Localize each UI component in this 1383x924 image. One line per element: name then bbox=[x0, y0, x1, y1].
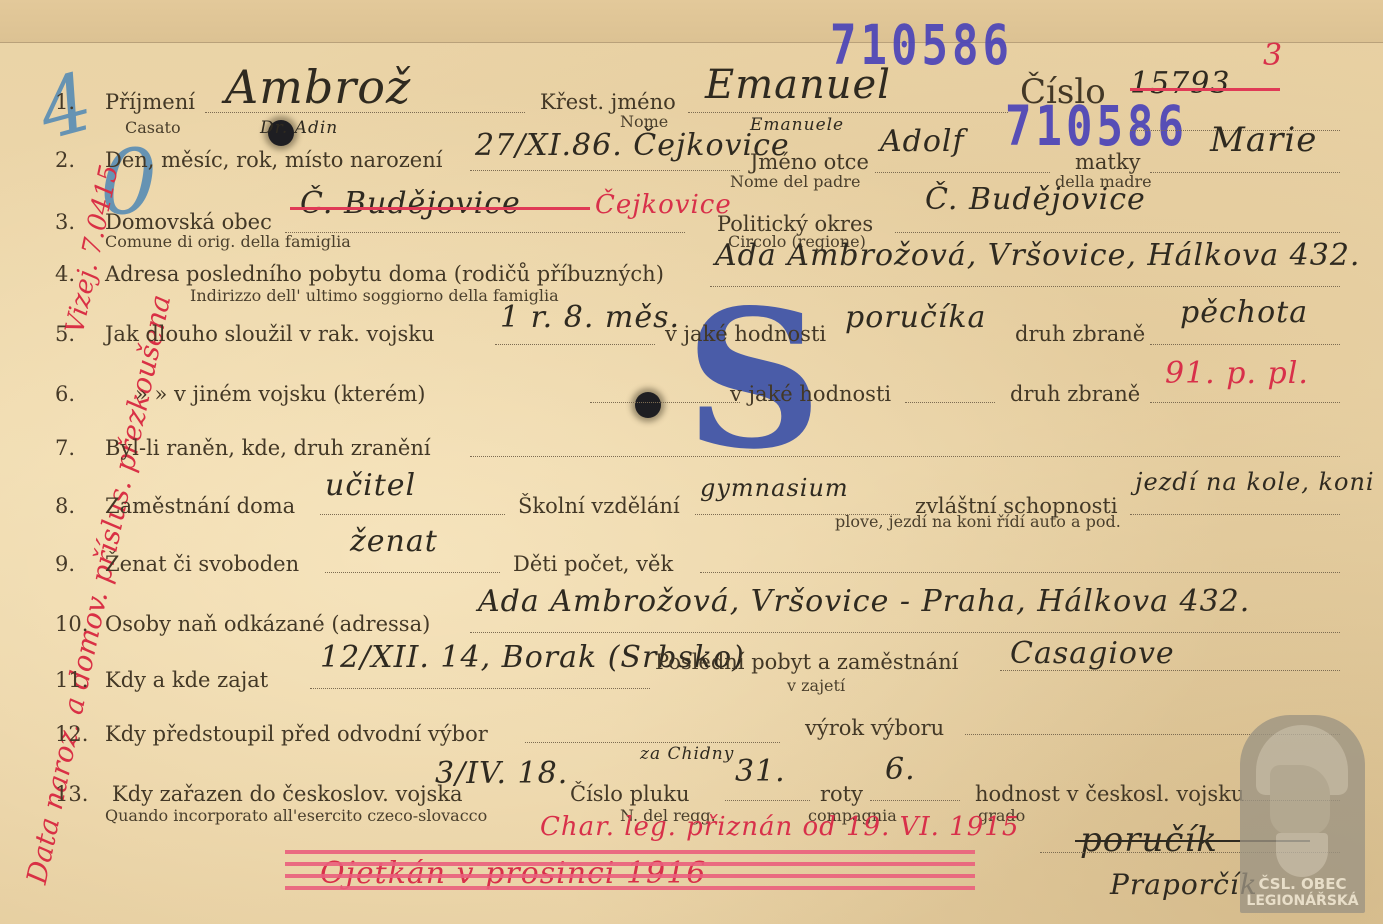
field-label-regiment: Číslo pluku bbox=[570, 782, 690, 806]
arm-value: pěchota bbox=[1180, 295, 1308, 330]
dotted-line bbox=[310, 688, 650, 689]
dotted-line bbox=[470, 632, 1340, 633]
field-sublabel: Comune di orig. della famiglia bbox=[105, 232, 351, 251]
strike-line bbox=[285, 874, 975, 878]
row-number: 7. bbox=[55, 436, 75, 460]
field-label-cs-rank: hodnost v českosl. vojsku bbox=[975, 782, 1244, 806]
regiment-value: 31. bbox=[735, 754, 786, 789]
field-label-company: roty bbox=[820, 782, 863, 806]
field-label-draft-board: Kdy předstoupil před odvodní výbor bbox=[105, 722, 488, 746]
cs-rank-value: Praporčík bbox=[1110, 868, 1258, 901]
enlisted-value: 3/IV. 18. bbox=[435, 756, 568, 791]
dotted-line bbox=[285, 232, 685, 233]
field-label-marital: Ženat či svoboden bbox=[105, 552, 299, 576]
field-sublabel: v zajetí bbox=[787, 676, 845, 695]
row-number: 11. bbox=[55, 668, 88, 692]
field-label-mother: matky bbox=[1075, 150, 1140, 174]
coat-of-arms-icon bbox=[1276, 833, 1328, 877]
special-skills-value: jezdí na kole, koni bbox=[1135, 468, 1375, 496]
dotted-line bbox=[895, 232, 1340, 233]
dotted-line bbox=[1150, 402, 1340, 403]
home-municipality-struck: Č. Budějovice bbox=[300, 186, 521, 221]
dotted-line bbox=[525, 742, 780, 743]
row-number: 9. bbox=[55, 552, 75, 576]
strike-line bbox=[285, 850, 975, 854]
field-label-occupation: Zaměstnání doma bbox=[105, 494, 295, 518]
cislo-label: Číslo bbox=[1020, 72, 1106, 112]
cislo-value-struck: 15793 bbox=[1130, 66, 1230, 101]
row-number: 13. bbox=[55, 782, 88, 806]
field-sublabel: plove, jezdí na koni řídí auto a pod. bbox=[835, 512, 1121, 531]
logo-text-line2: LEGIONÁŘSKÁ bbox=[1240, 893, 1365, 909]
row-number: 4. bbox=[55, 262, 75, 286]
dotted-line bbox=[875, 172, 1050, 173]
dotted-line bbox=[688, 112, 1008, 113]
row-number: 6. bbox=[55, 382, 75, 406]
field-label-father: Jméno otce bbox=[750, 150, 869, 174]
dotted-line bbox=[470, 170, 740, 171]
last-stay-value: Casagiove bbox=[1010, 636, 1175, 671]
field-label-home-municipality: Domovská obec bbox=[105, 210, 272, 234]
field-label-birth: Den, měsíc, rok, místo narození bbox=[105, 148, 442, 172]
field-label-rank-other: v jaké hodnosti bbox=[730, 382, 891, 406]
dotted-line bbox=[725, 800, 810, 801]
dotted-line bbox=[495, 344, 655, 345]
row-number: 1. bbox=[55, 90, 75, 114]
dotted-line bbox=[1150, 172, 1340, 173]
field-label-rank: v jaké hodnosti bbox=[665, 322, 826, 346]
field-sublabel: Quando incorporato all'esercito czeco-sl… bbox=[105, 806, 487, 825]
field-label-arm-other: druh zbraně bbox=[1010, 382, 1140, 406]
field-sublabel: Nome del padre bbox=[730, 172, 860, 191]
card-top-band bbox=[0, 0, 1383, 43]
mother-value: Marie bbox=[1210, 120, 1317, 160]
strike-line bbox=[285, 862, 975, 866]
dotted-line bbox=[905, 402, 995, 403]
legion-logo: ČSL. OBEC LEGIONÁŘSKÁ bbox=[1240, 715, 1365, 913]
last-address-value: Ada Ambrožová, Vršovice, Hálkova 432. bbox=[715, 238, 1360, 273]
row-number: 5. bbox=[55, 322, 75, 346]
row-number: 12. bbox=[55, 722, 88, 746]
dotted-line bbox=[1130, 514, 1340, 515]
strike-line bbox=[285, 886, 975, 890]
field-label-other-army: » » v jiném vojsku (kterém) bbox=[135, 382, 425, 406]
stamp-letter-s: S bbox=[685, 285, 822, 475]
home-municipality-red: Čejkovice bbox=[595, 190, 732, 220]
field-label-enlisted: Kdy zařazen do českoslov. vojska bbox=[112, 782, 463, 806]
dotted-line bbox=[1000, 670, 1340, 671]
field-label-board-verdict: výrok výboru bbox=[805, 716, 944, 740]
district-value: Č. Budějovice bbox=[925, 182, 1146, 217]
field-label-arm: druh zbraně bbox=[1015, 322, 1145, 346]
field-label-children: Děti počet, věk bbox=[513, 552, 673, 576]
field-label-dependents: Osoby naň odkázané (adressa) bbox=[105, 612, 430, 636]
rank-value: poručíka bbox=[845, 300, 986, 335]
service-length-value: 1 r. 8. měs. bbox=[500, 300, 680, 335]
dotted-line bbox=[470, 456, 1340, 457]
first-name-value: Emanuel bbox=[705, 62, 891, 108]
surname-value: Ambrož bbox=[225, 60, 411, 114]
field-label-education: Školní vzdělání bbox=[518, 494, 680, 518]
dotted-line bbox=[1150, 344, 1340, 345]
registration-card: 4 0 Data naroz. a domov. příslus. přezko… bbox=[0, 0, 1383, 924]
logo-text-line1: ČSL. OBEC bbox=[1240, 875, 1365, 893]
field-label-surname: Příjmení bbox=[105, 90, 195, 114]
row-number: 10. bbox=[55, 612, 88, 636]
field-label-last-address: Adresa posledního pobytu doma (rodičů př… bbox=[105, 262, 664, 286]
red-annotation-legion: Char. leg. přiznán od 19. VI. 1915 bbox=[540, 812, 1019, 842]
occupation-value: učitel bbox=[325, 468, 416, 503]
company-value: 6. bbox=[885, 752, 916, 787]
marital-value: ženat bbox=[350, 524, 438, 559]
field-sublabel: Casato bbox=[125, 118, 181, 137]
soldier-face-icon bbox=[1270, 765, 1330, 835]
row-number: 3. bbox=[55, 210, 75, 234]
arm-other-value: 91. p. pl. bbox=[1165, 356, 1309, 391]
father-value: Adolf bbox=[880, 124, 965, 159]
field-label-first-name: Křest. jméno bbox=[540, 90, 676, 114]
dotted-line bbox=[700, 572, 1340, 573]
dotted-line bbox=[870, 800, 960, 801]
dotted-line bbox=[320, 514, 505, 515]
dependents-value: Ada Ambrožová, Vršovice - Praha, Hálkova… bbox=[478, 584, 1250, 619]
education-value: gymnasium bbox=[700, 474, 849, 502]
dotted-line bbox=[710, 286, 1340, 287]
field-label-service-length: Jak dlouho sloužil v rak. vojsku bbox=[105, 322, 435, 346]
surname-note: Dr. Adin bbox=[260, 118, 338, 138]
field-label-wounded: Byl-li raněn, kde, druh zranění bbox=[105, 436, 431, 460]
birth-value: 27/XI.86. Čejkovice bbox=[475, 128, 790, 163]
field-label-captured: Kdy a kde zajat bbox=[105, 668, 268, 692]
note-above-13: za Chidny bbox=[640, 744, 734, 764]
strike-line bbox=[290, 207, 590, 210]
strike-line bbox=[1130, 88, 1280, 91]
row-number: 8. bbox=[55, 494, 75, 518]
row-number: 2. bbox=[55, 148, 75, 172]
ink-blot bbox=[635, 392, 661, 418]
field-label-last-stay: Poslední pobyt a zaměstnání bbox=[655, 650, 958, 674]
dotted-line bbox=[590, 402, 740, 403]
dotted-line bbox=[325, 572, 500, 573]
cislo-red-mark: 3 bbox=[1263, 38, 1283, 73]
